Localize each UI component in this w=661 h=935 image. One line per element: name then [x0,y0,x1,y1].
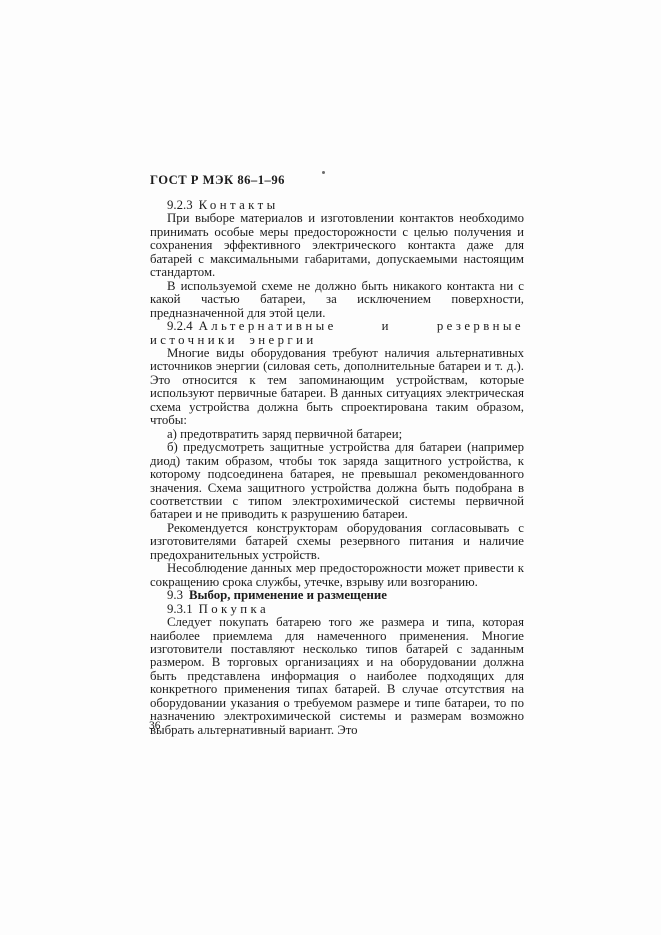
section-heading-9-2-4: 9.2.4Альтернативные и резервные источник… [150,320,524,347]
running-header: ГОСТ Р МЭК 86–1–96 [150,173,285,188]
paragraph: Рекомендуется конструкторам оборудования… [150,522,524,562]
section-title: Альтернативные и резервные источники эне… [150,319,524,346]
page-number: 36 [149,720,161,732]
paragraph: Следует покупать батарею того же размера… [150,616,524,737]
document-page: ГОСТ Р МЭК 86–1–96 9.2.3Контакты При выб… [0,0,661,935]
section-heading-9-2-3: 9.2.3Контакты [150,199,524,212]
list-item-a: а) предотвратить заряд первичной батареи… [150,428,524,441]
scan-speck [322,171,325,174]
section-number: 9.2.4 [167,319,193,333]
document-body: 9.2.3Контакты При выборе материалов и из… [150,199,524,737]
section-title: Контакты [199,198,279,212]
section-number: 9.3.1 [167,602,193,616]
paragraph: В используемой схеме не должно быть ника… [150,280,524,320]
section-number: 9.2.3 [167,198,193,212]
paragraph: Многие виды оборудования требуют наличия… [150,347,524,428]
paragraph: Несоблюдение данных мер предосторожности… [150,562,524,589]
section-heading-9-3: 9.3Выбор, применение и размещение [150,589,524,602]
list-item-b: б) предусмотреть защитные устройства для… [150,441,524,522]
paragraph: При выборе материалов и изготовлении кон… [150,212,524,279]
section-heading-9-3-1: 9.3.1Покупка [150,603,524,616]
section-title: Покупка [199,602,269,616]
section-title: Выбор, применение и размещение [189,588,387,602]
section-number: 9.3 [167,588,183,602]
